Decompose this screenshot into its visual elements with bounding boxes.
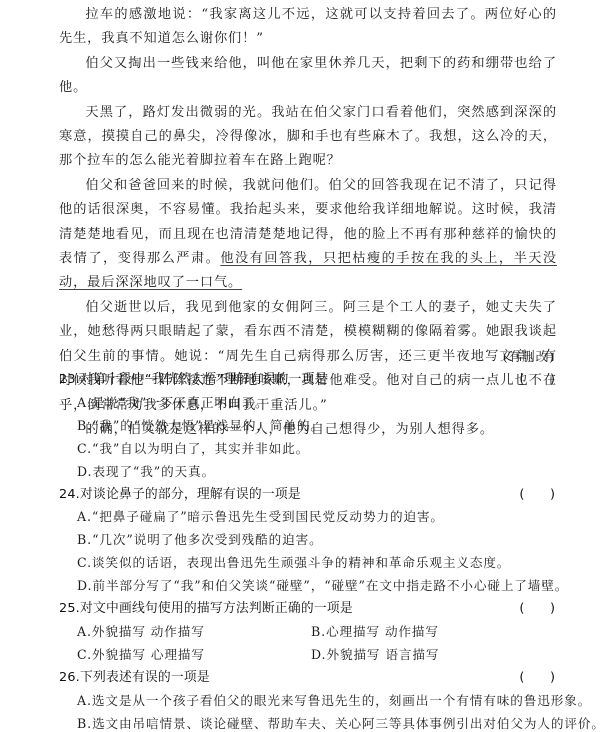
option-a: A.是说“我”一下子真正明白了。 [59, 392, 557, 415]
option-b: B.选文由吊唁情景、谈论碰壁、帮助车夫、关心阿三等具体事例引出对伯父为人的评价。 [59, 713, 557, 732]
question-stem: 26.下列表述有误的一项是 ( ) [59, 667, 557, 690]
paragraph-text: 拉车的感激地说：“我家离这儿不远，这就可以支持着回去了。两位好心的先生，我真不知… [59, 7, 557, 46]
paragraph-text: 天黑了，路灯发出微弱的光。我站在伯父家门口看着他们，突然感到深深的寒意，摸摸自己… [59, 105, 557, 169]
question-stem-text: 23.对第十段中“我恍然大悟”理解有误的一项是 [59, 369, 328, 392]
option-a: A.选文是从一个孩子看伯父的眼光来写鲁迅先生的，刻画出一个有情有味的鲁迅形象。 [59, 690, 557, 713]
answer-blank[interactable]: ( ) [519, 369, 557, 392]
answer-blank[interactable]: ( ) [519, 667, 557, 690]
question-stem: 25.对文中画线句使用的描写方法判断正确的一项是 ( ) [59, 598, 557, 621]
answer-blank[interactable]: ( ) [519, 484, 557, 507]
question-stem: 24.对谈论鼻子的部分，理解有误的一项是 ( ) [59, 484, 557, 507]
question-stem-text: 26.下列表述有误的一项是 [59, 667, 210, 690]
question-26: 26.下列表述有误的一项是 ( ) A.选文是从一个孩子看伯父的眼光来写鲁迅先生… [59, 667, 557, 732]
question-number: 25. [59, 601, 80, 616]
question-23: 23.对第十段中“我恍然大悟”理解有误的一项是 ( ) A.是说“我”一下子真正… [59, 369, 557, 484]
option-c: C.“我”自以为明白了，其实并非如此。 [59, 438, 557, 461]
paragraph: 伯父和爸爸回来的时候，我就问他们。伯父的回答我现在记不清了，只记得他的话很深奥，… [59, 174, 557, 296]
option-a: A.外貌描写 动作描写 [77, 621, 311, 644]
question-text: 对谈论鼻子的部分，理解有误的一项是 [80, 487, 301, 502]
question-24: 24.对谈论鼻子的部分，理解有误的一项是 ( ) A.“把鼻子碰扁了”暗示鲁迅先… [59, 484, 557, 599]
source-note: (有删改) [503, 347, 555, 365]
paragraph: 伯父又掏出一些钱来给他，叫他在家里休养几天，把剩下的药和绷带也给了他。 [59, 52, 557, 101]
question-number: 24. [59, 487, 80, 502]
option-d: D.表现了“我”的天真。 [59, 461, 557, 484]
option-grid: A.外貌描写 动作描写 B.心理描写 动作描写 C.外貌描写 心理描写 D.外貌… [59, 621, 557, 667]
exam-page: 拉车的感激地说：“我家离这儿不远，这就可以支持着回去了。两位好心的先生，我真不知… [0, 0, 615, 732]
question-stem-text: 24.对谈论鼻子的部分，理解有误的一项是 [59, 484, 301, 507]
answer-blank[interactable]: ( ) [519, 598, 557, 621]
question-text: 对第十段中“我恍然大悟”理解有误的一项是 [80, 372, 328, 387]
paragraph: 天黑了，路灯发出微弱的光。我站在伯父家门口看着他们，突然感到深深的寒意，摸摸自己… [59, 101, 557, 174]
paragraph: 拉车的感激地说：“我家离这儿不远，这就可以支持着回去了。两位好心的先生，我真不知… [59, 3, 557, 52]
question-text: 对文中画线句使用的描写方法判断正确的一项是 [80, 601, 353, 616]
option-d: D.前半部分写了“我”和伯父笑谈“碰壁”，“碰壁”在文中指走路不小心碰上了墙壁。 [59, 575, 557, 598]
question-number: 26. [59, 670, 80, 685]
question-text: 下列表述有误的一项是 [80, 670, 210, 685]
question-25: 25.对文中画线句使用的描写方法判断正确的一项是 ( ) A.外貌描写 动作描写… [59, 598, 557, 667]
option-b: B.“我”的“恍然大悟”是浅显的，简单的。 [59, 415, 557, 438]
option-d: D.外貌描写 语言描写 [311, 644, 551, 667]
option-b: B.“几次”说明了他多次受到残酷的迫害。 [59, 529, 557, 552]
option-a: A.“把鼻子碰扁了”暗示鲁迅先生受到国民党反动势力的迫害。 [59, 506, 557, 529]
question-list: 23.对第十段中“我恍然大悟”理解有误的一项是 ( ) A.是说“我”一下子真正… [59, 369, 557, 732]
option-c: C.谈笑似的话语，表现出鲁迅先生顽强斗争的精神和革命乐观主义态度。 [59, 552, 557, 575]
question-stem: 23.对第十段中“我恍然大悟”理解有误的一项是 ( ) [59, 369, 557, 392]
paragraph-text: 伯父又掏出一些钱来给他，叫他在家里休养几天，把剩下的药和绷带也给了他。 [59, 56, 557, 95]
option-c: C.外貌描写 心理描写 [77, 644, 311, 667]
option-b: B.心理描写 动作描写 [311, 621, 551, 644]
question-stem-text: 25.对文中画线句使用的描写方法判断正确的一项是 [59, 598, 353, 621]
question-number: 23. [59, 372, 80, 387]
